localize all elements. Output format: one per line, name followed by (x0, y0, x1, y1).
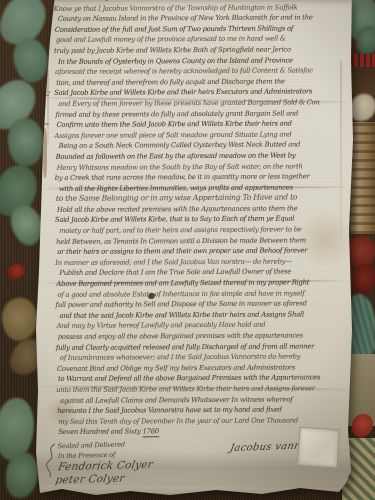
witness-signature: peter Colyer (54, 472, 154, 488)
manuscript-paper: Know all men by these Presents &c —Know … (0, 0, 375, 500)
manuscript-lines: Know all men by these Presents &c —Know … (54, 0, 357, 427)
manuscript-paper-shadow: Know all men by these Presents &c —Know … (0, 0, 375, 500)
attestation-block: Sealed and Delivered In the Presence of … (57, 440, 153, 487)
manuscript-text: Know all men by these Presents &c —Know … (54, 0, 357, 438)
photo-of-manuscript: Know all men by these Presents &c —Know … (0, 0, 375, 500)
embossed-paper-seal (297, 427, 341, 469)
margin-mark: = (44, 120, 49, 128)
margin-mark: 2 (46, 90, 50, 98)
date-prefix: Seven Hundred and Sixty (58, 428, 142, 437)
date-value-underlined: 1760 (143, 428, 159, 438)
attestation-flourish (42, 442, 58, 478)
stain (43, 128, 47, 178)
